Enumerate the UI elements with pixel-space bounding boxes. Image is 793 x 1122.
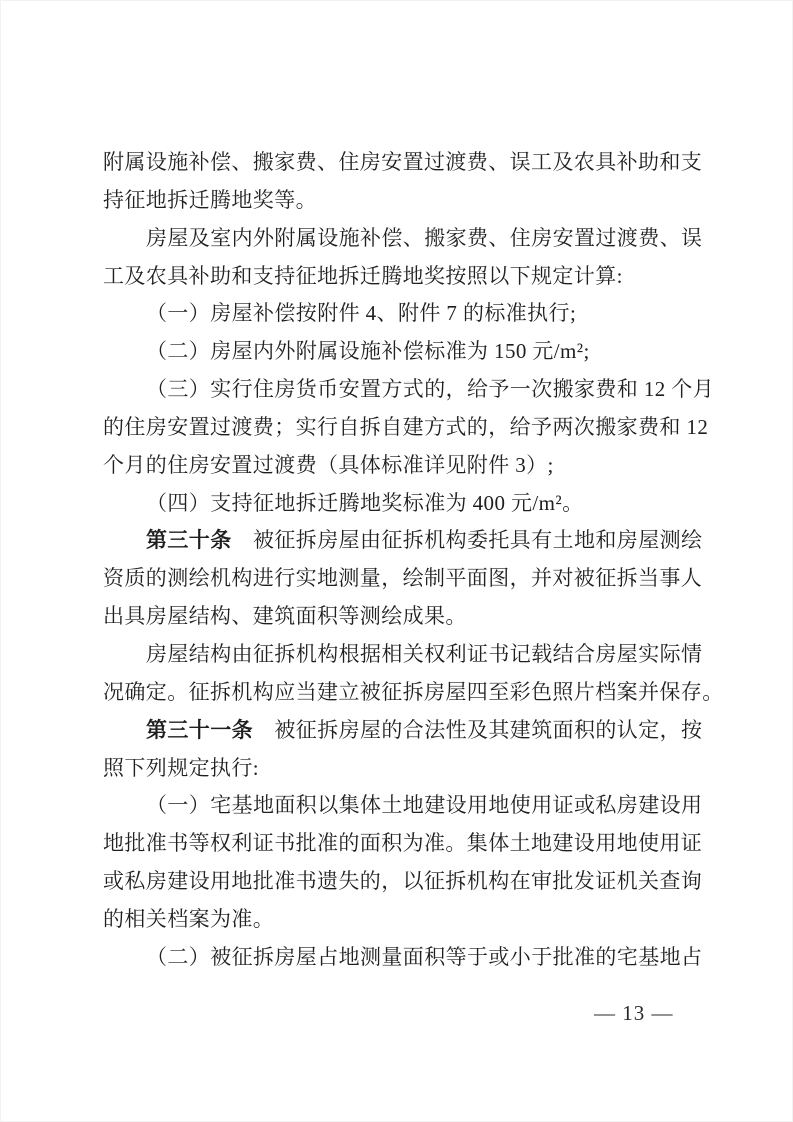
text-line: 或私房建设用地批准书遗失的，以征拆机构在审批发证机关查询 [103, 863, 704, 901]
text-line: 第三十条 被征拆房屋由征拆机构委托具有土地和房屋测绘 [103, 522, 704, 560]
text-segment: 附属设施补偿、搬家费、住房安置过渡费、误工及农具补助和支 [103, 150, 702, 174]
text-segment: 的住房安置过渡费；实行自拆自建方式的，给予两次搬家费和 12 [103, 415, 708, 439]
text-line: 第三十一条 被征拆房屋的合法性及其建筑面积的认定，按 [103, 712, 704, 750]
text-segment: 照下列规定执行: [103, 756, 259, 780]
text-line: 房屋结构由征拆机构根据相关权利证书记载结合房屋实际情 [103, 636, 704, 674]
text-segment: 的相关档案为准。 [103, 907, 274, 931]
text-segment: 个月的住房安置过渡费（具体标准详见附件 3）; [103, 453, 554, 477]
text-segment: 出具房屋结构、建筑面积等测绘成果。 [103, 604, 467, 628]
text-line: 资质的测绘机构进行实地测量，绘制平面图，并对被征拆当事人 [103, 560, 704, 598]
text-line: 工及农具补助和支持征地拆迁腾地奖按照以下规定计算: [103, 258, 704, 296]
text-line: 地批准书等权利证书批准的面积为准。集体土地建设用地使用证 [103, 825, 704, 863]
text-line: 的住房安置过渡费；实行自拆自建方式的，给予两次搬家费和 12 [103, 409, 704, 447]
page-number: — 13 — [594, 1001, 674, 1026]
text-line: 附属设施补偿、搬家费、住房安置过渡费、误工及农具补助和支 [103, 144, 704, 182]
text-line: 房屋及室内外附属设施补偿、搬家费、住房安置过渡费、误 [103, 220, 704, 258]
text-segment: 被征拆房屋由征拆机构委托具有土地和房屋测绘 [232, 528, 703, 552]
text-segment: 房屋及室内外附属设施补偿、搬家费、住房安置过渡费、误 [146, 226, 702, 250]
text-segment: （三）实行住房货币安置方式的，给予一次搬家费和 12 个月 [146, 377, 714, 401]
text-segment: 况确定。征拆机构应当建立被征拆房屋四至彩色照片档案并保存。 [103, 680, 724, 704]
text-segment: 被征拆房屋的合法性及其建筑面积的认定，按 [253, 718, 702, 742]
text-segment: 资质的测绘机构进行实地测量，绘制平面图，并对被征拆当事人 [103, 566, 702, 590]
text-line: （一）房屋补偿按附件 4、附件 7 的标准执行; [103, 295, 704, 333]
text-segment: 持征地拆迁腾地奖等。 [103, 188, 317, 212]
text-line: （三）实行住房货币安置方式的，给予一次搬家费和 12 个月 [103, 371, 704, 409]
text-line: 况确定。征拆机构应当建立被征拆房屋四至彩色照片档案并保存。 [103, 674, 704, 712]
text-line: （一）宅基地面积以集体土地建设用地使用证或私房建设用 [103, 787, 704, 825]
article-heading: 第三十一条 [146, 718, 253, 742]
text-segment: （一）宅基地面积以集体土地建设用地使用证或私房建设用 [146, 793, 702, 817]
text-segment: 地批准书等权利证书批准的面积为准。集体土地建设用地使用证 [103, 831, 702, 855]
article-heading: 第三十条 [146, 528, 232, 552]
document-page: 附属设施补偿、搬家费、住房安置过渡费、误工及农具补助和支持征地拆迁腾地奖等。房屋… [0, 0, 793, 1122]
text-segment: 房屋结构由征拆机构根据相关权利证书记载结合房屋实际情 [146, 642, 702, 666]
text-segment: 或私房建设用地批准书遗失的，以征拆机构在审批发证机关查询 [103, 869, 702, 893]
text-segment: （二）房屋内外附属设施补偿标准为 150 元/m²; [146, 339, 590, 363]
text-segment: （二）被征拆房屋占地测量面积等于或小于批准的宅基地占 [146, 945, 702, 969]
text-line: 照下列规定执行: [103, 750, 704, 788]
document-lines: 附属设施补偿、搬家费、住房安置过渡费、误工及农具补助和支持征地拆迁腾地奖等。房屋… [103, 144, 704, 977]
text-line: 的相关档案为准。 [103, 901, 704, 939]
text-segment: （一）房屋补偿按附件 4、附件 7 的标准执行; [146, 301, 576, 325]
text-line: 出具房屋结构、建筑面积等测绘成果。 [103, 598, 704, 636]
text-line: （二）被征拆房屋占地测量面积等于或小于批准的宅基地占 [103, 939, 704, 977]
text-line: 持征地拆迁腾地奖等。 [103, 182, 704, 220]
text-line: （二）房屋内外附属设施补偿标准为 150 元/m²; [103, 333, 704, 371]
text-segment: 工及农具补助和支持征地拆迁腾地奖按照以下规定计算: [103, 264, 623, 288]
text-line: （四）支持征地拆迁腾地奖标准为 400 元/m²。 [103, 485, 704, 523]
text-segment: （四）支持征地拆迁腾地奖标准为 400 元/m²。 [146, 491, 583, 515]
text-line: 个月的住房安置过渡费（具体标准详见附件 3）; [103, 447, 704, 485]
